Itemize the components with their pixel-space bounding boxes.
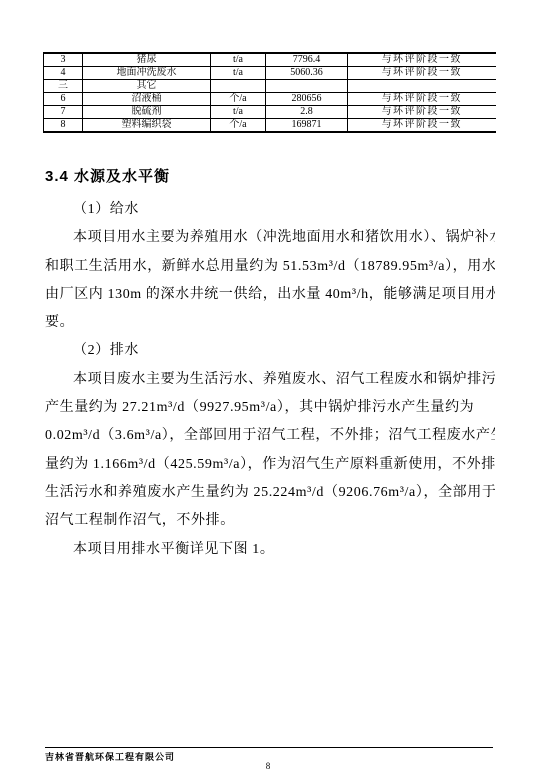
table-row: 7 脱硫剂 t/a 2.8 与环评阶段一致: [44, 106, 496, 119]
table-row: 3 猪尿 t/a 7796.4 与环评阶段一致: [44, 53, 496, 67]
text-line: 本项目用排水平衡详见下图 1。: [45, 536, 495, 564]
row-number: 三: [44, 80, 83, 93]
row-note: 与环评阶段一致: [348, 93, 496, 106]
row-value: 2.8: [266, 106, 348, 119]
materials-continuation-table: 3 猪尿 t/a 7796.4 与环评阶段一致 4 地面冲洗废水 t/a 506…: [43, 52, 496, 133]
row-name: 塑料编织袋: [83, 119, 211, 133]
row-unit: 个/a: [211, 93, 266, 106]
row-name: 地面冲洗废水: [83, 67, 211, 80]
text-line: 0.02m³/d（3.6m³/a），全部回用于沼气工程，不外排；沼气工程废水产生: [45, 422, 495, 450]
table-row: 8 塑料编织袋 个/a 169871 与环评阶段一致: [44, 119, 496, 133]
text-line: 产生量约为 27.21m³/d（9927.95m³/a），其中锅炉排污水产生量约…: [45, 394, 495, 422]
row-note: 与环评阶段一致: [348, 106, 496, 119]
row-value: 7796.4: [266, 53, 348, 67]
row-number: 3: [44, 53, 83, 67]
table-section-row: 三 其它: [44, 80, 496, 93]
row-number: 7: [44, 106, 83, 119]
footer-divider: [45, 747, 493, 748]
text-line: 生活污水和养殖废水产生量约为 25.224m³/d（9206.76m³/a），全…: [45, 479, 495, 507]
document-page: 3 猪尿 t/a 7796.4 与环评阶段一致 4 地面冲洗废水 t/a 506…: [0, 0, 536, 776]
table-row: 6 沼液桶 个/a 280656 与环评阶段一致: [44, 93, 496, 106]
row-unit: t/a: [211, 106, 266, 119]
row-value: 280656: [266, 93, 348, 106]
body-text: （1）给水 本项目用水主要为养殖用水（冲洗地面用水和猪饮用水）、锅炉补水 和职工…: [45, 196, 495, 564]
text-line: 要。: [45, 309, 495, 337]
section-heading: 3.4 水源及水平衡: [45, 165, 170, 186]
row-unit: t/a: [211, 53, 266, 67]
row-note: [348, 80, 496, 93]
text-line: （1）给水: [45, 196, 495, 224]
text-line: 本项目废水主要为生活污水、养殖废水、沼气工程废水和锅炉排污水，: [45, 366, 495, 394]
text-line: （2）排水: [45, 337, 495, 365]
row-note: 与环评阶段一致: [348, 119, 496, 133]
row-note: 与环评阶段一致: [348, 53, 496, 67]
row-number: 4: [44, 67, 83, 80]
row-name: 脱硫剂: [83, 106, 211, 119]
row-value: 5060.36: [266, 67, 348, 80]
row-unit: [211, 80, 266, 93]
text-line: 沼气工程制作沼气，不外排。: [45, 507, 495, 535]
row-unit: t/a: [211, 67, 266, 80]
row-name: 沼液桶: [83, 93, 211, 106]
row-name: 其它: [83, 80, 211, 93]
text-line: 由厂区内 130m 的深水井统一供给，出水量 40m³/h，能够满足项目用水需: [45, 281, 495, 309]
table-row: 4 地面冲洗废水 t/a 5060.36 与环评阶段一致: [44, 67, 496, 80]
text-line: 和职工生活用水，新鲜水总用量约为 51.53m³/d（18789.95m³/a）…: [45, 253, 495, 281]
row-value: 169871: [266, 119, 348, 133]
row-number: 8: [44, 119, 83, 133]
row-value: [266, 80, 348, 93]
row-name: 猪尿: [83, 53, 211, 67]
text-line: 量约为 1.166m³/d（425.59m³/a），作为沼气生产原料重新使用，不…: [45, 451, 495, 479]
page-number: 8: [0, 761, 536, 771]
row-number: 6: [44, 93, 83, 106]
row-unit: 个/a: [211, 119, 266, 133]
text-line: 本项目用水主要为养殖用水（冲洗地面用水和猪饮用水）、锅炉补水: [45, 224, 495, 252]
row-note: 与环评阶段一致: [348, 67, 496, 80]
